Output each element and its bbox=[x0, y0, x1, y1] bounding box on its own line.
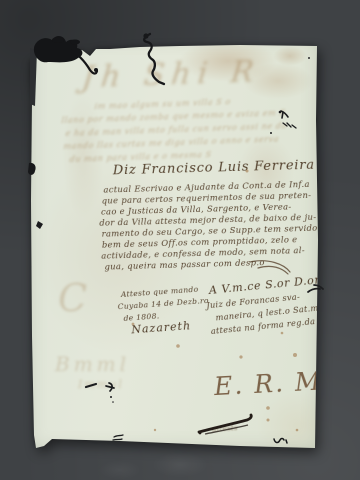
photograph-background: Jh Shi R im mao algum su um villa S o ll… bbox=[0, 0, 360, 480]
struck-out-word: attests bbox=[212, 423, 238, 434]
closing-initials: E. R. M. bbox=[213, 366, 333, 401]
ghost-flourish: C bbox=[58, 276, 87, 320]
petition-block: Diz Francisco Luis Ferreira actual Escri… bbox=[24, 30, 316, 38]
paper-shadow-wrap: Jh Shi R im mao algum su um villa S o ll… bbox=[0, 0, 360, 480]
bleedthrough-flourish: Jh Shi R bbox=[80, 54, 262, 95]
ghost-word: Immul bbox=[78, 378, 124, 391]
despacho-line: A V.m.ce S.or D.or bbox=[208, 273, 320, 297]
attestation-block: Attesto que mando Cuyaba 14 de Dezb.ro d… bbox=[10, 23, 301, 43]
ghost-flourish: Bmml bbox=[55, 352, 130, 376]
bleedthrough-line: im mao algum su um villa S o bbox=[94, 97, 231, 111]
despacho-block: A V.m.ce S.or D.or Juiz de Forancas sva-… bbox=[4, 27, 295, 55]
manuscript-paper: Jh Shi R im mao algum su um villa S o ll… bbox=[28, 36, 320, 450]
attestation-signature: Nazareth bbox=[131, 319, 192, 336]
